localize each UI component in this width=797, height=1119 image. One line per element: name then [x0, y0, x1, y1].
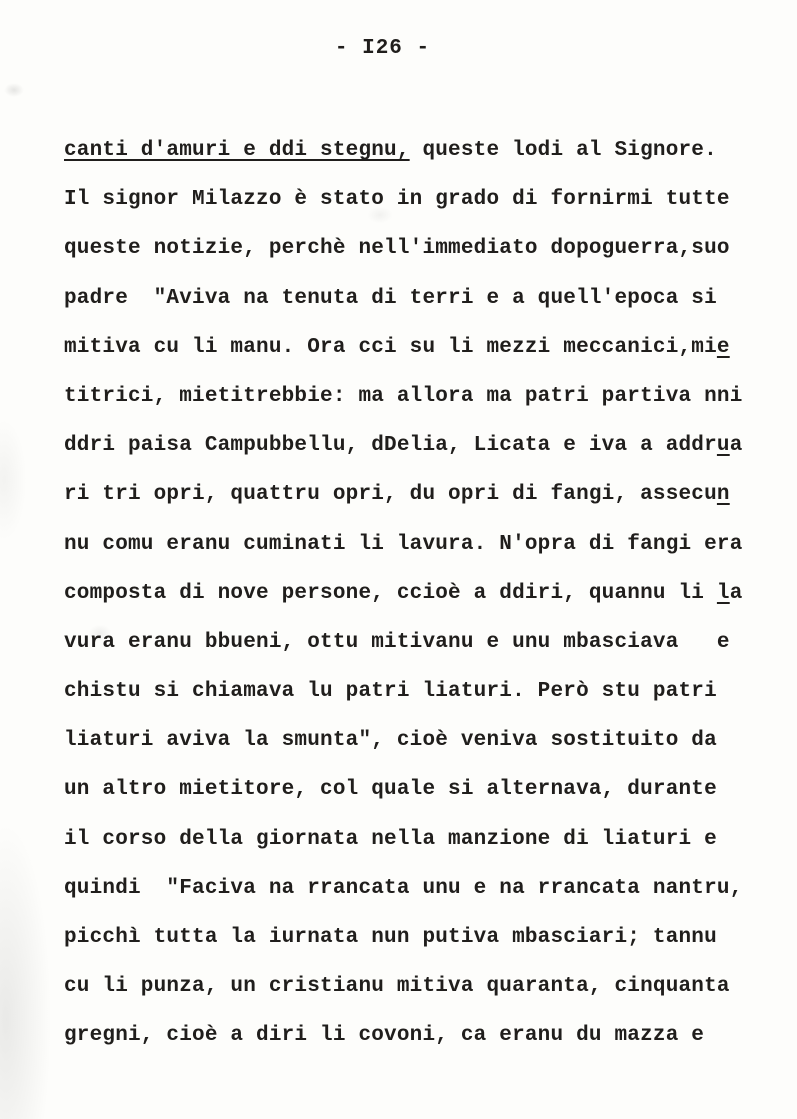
- text-line: un altro mietitore, col quale si alterna…: [64, 765, 764, 814]
- text-segment: un altro mietitore, col quale si alterna…: [64, 778, 717, 801]
- text-line: titrici, mietitrebbie: ma allora ma patr…: [64, 372, 764, 421]
- text-line: vura eranu bbueni, ottu mitivanu e unu m…: [64, 618, 764, 667]
- text-segment: gregni, cioè a diri li covoni, ca eranu …: [64, 1024, 704, 1047]
- text-segment: queste notizie, perchè nell'immediato do…: [64, 237, 730, 260]
- text-line: gregni, cioè a diri li covoni, ca eranu …: [64, 1011, 764, 1060]
- text-line: padre "Aviva na tenuta di terri e a quel…: [64, 274, 764, 323]
- text-line: queste notizie, perchè nell'immediato do…: [64, 224, 764, 273]
- document-page: - I26 - canti d'amuri e ddi stegnu, ques…: [0, 0, 797, 1119]
- text-line: nu comu eranu cuminati li lavura. N'opra…: [64, 520, 764, 569]
- underlined-text: canti d'amuri e ddi stegnu,: [64, 139, 410, 162]
- text-line: composta di nove persone, ccioè a ddiri,…: [64, 569, 764, 618]
- text-segment: il corso della giornata nella manzione d…: [64, 828, 717, 851]
- text-segment: chistu si chiamava lu patri liaturi. Per…: [64, 680, 717, 703]
- text-segment: picchì tutta la iurnata nun putiva mbasc…: [64, 926, 717, 949]
- underlined-text: l: [717, 582, 730, 605]
- text-line: ddri paisa Campubbellu, dDelia, Licata e…: [64, 421, 764, 470]
- text-line: il corso della giornata nella manzione d…: [64, 815, 764, 864]
- text-line: Il signor Milazzo è stato in grado di fo…: [64, 175, 764, 224]
- page-number: - I26 -: [0, 37, 781, 60]
- text-segment: nu comu eranu cuminati li lavura. N'opra…: [64, 533, 743, 556]
- text-segment: a: [730, 434, 743, 457]
- text-segment: a: [730, 582, 743, 605]
- text-line: canti d'amuri e ddi stegnu, queste lodi …: [64, 126, 764, 175]
- text-line: ri tri opri, quattru opri, du opri di fa…: [64, 470, 764, 519]
- text-segment: titrici, mietitrebbie: ma allora ma patr…: [64, 385, 743, 408]
- text-segment: vura eranu bbueni, ottu mitivanu e unu m…: [64, 631, 730, 654]
- text-segment: Il signor Milazzo è stato in grado di fo…: [64, 188, 730, 211]
- text-segment: composta di nove persone, ccioè a ddiri,…: [64, 582, 717, 605]
- underlined-text: n: [717, 483, 730, 506]
- text-line: chistu si chiamava lu patri liaturi. Per…: [64, 667, 764, 716]
- text-line: quindi "Faciva na rrancata unu e na rran…: [64, 864, 764, 913]
- text-segment: mitiva cu li manu. Ora cci su li mezzi m…: [64, 336, 717, 359]
- document-body: canti d'amuri e ddi stegnu, queste lodi …: [64, 126, 764, 1061]
- text-line: cu li punza, un cristianu mitiva quarant…: [64, 962, 764, 1011]
- text-line: mitiva cu li manu. Ora cci su li mezzi m…: [64, 323, 764, 372]
- text-segment: liaturi aviva la smunta", cioè veniva so…: [64, 729, 717, 752]
- underlined-text: e: [717, 336, 730, 359]
- text-segment: ddri paisa Campubbellu, dDelia, Licata e…: [64, 434, 717, 457]
- text-line: liaturi aviva la smunta", cioè veniva so…: [64, 716, 764, 765]
- text-segment: ri tri opri, quattru opri, du opri di fa…: [64, 483, 717, 506]
- text-segment: quindi "Faciva na rrancata unu e na rran…: [64, 877, 743, 900]
- underlined-text: u: [717, 434, 730, 457]
- text-segment: cu li punza, un cristianu mitiva quarant…: [64, 975, 730, 998]
- text-line: picchì tutta la iurnata nun putiva mbasc…: [64, 913, 764, 962]
- text-segment: queste lodi al Signore.: [410, 139, 717, 162]
- text-segment: padre "Aviva na tenuta di terri e a quel…: [64, 287, 717, 310]
